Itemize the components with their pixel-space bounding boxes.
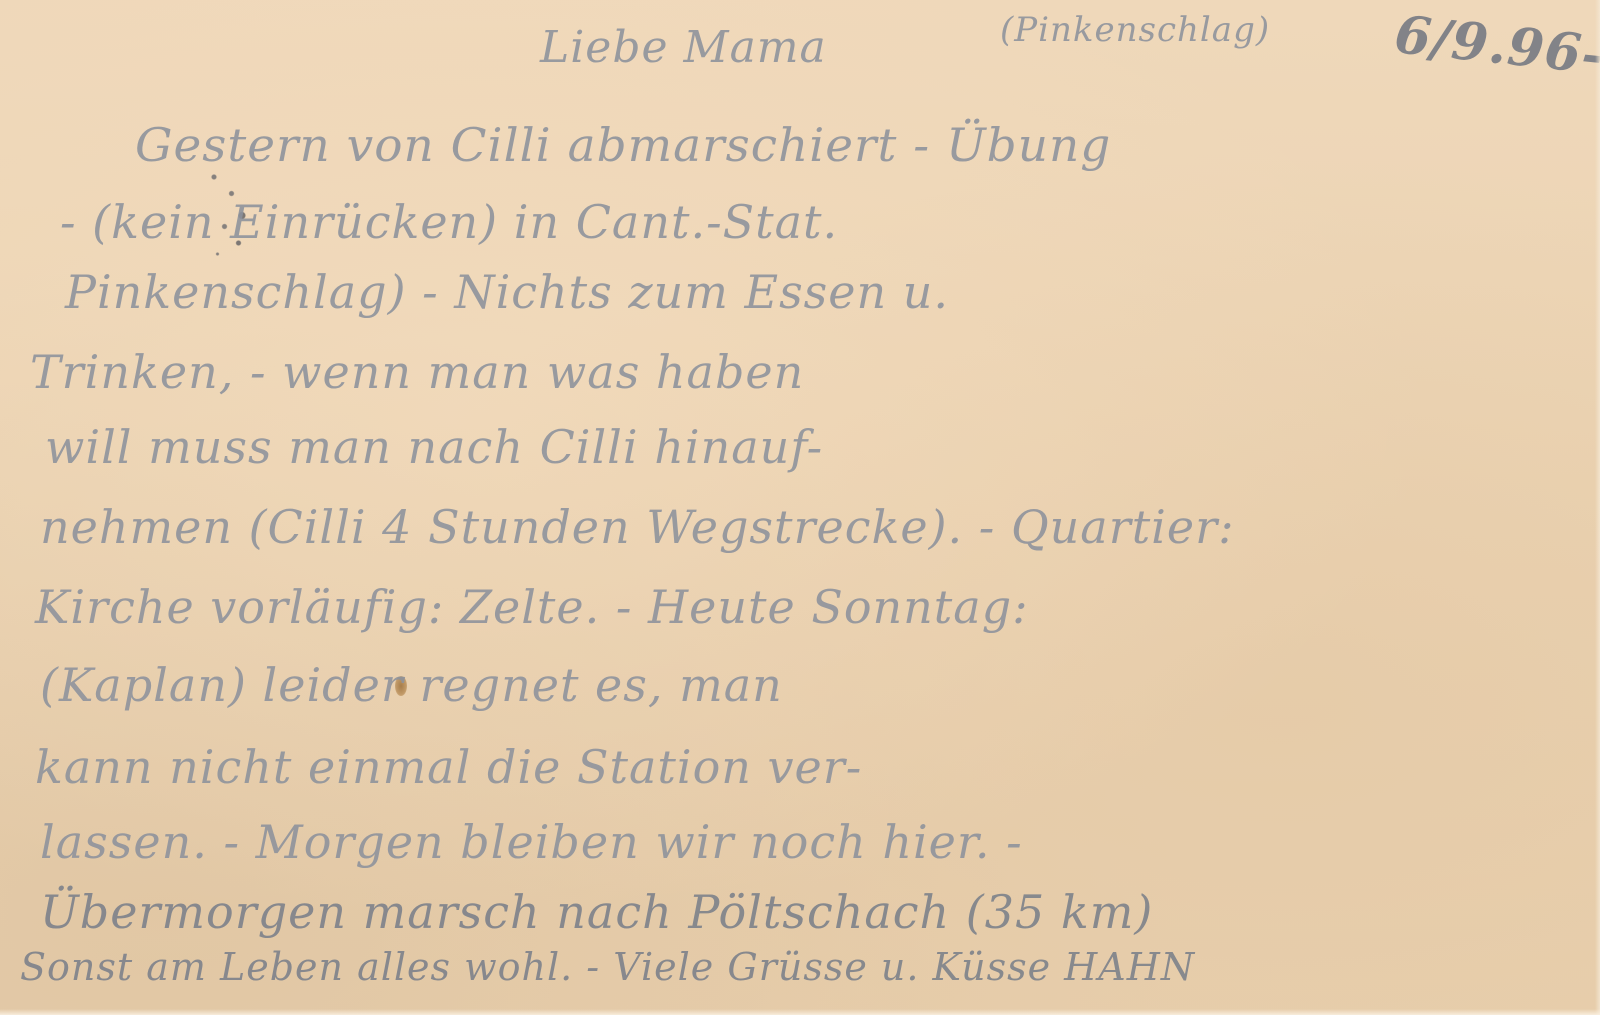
body-line: Pinkenschlag) - Nichts zum Essen u. bbox=[65, 265, 949, 319]
paper-edge-bottom bbox=[0, 1009, 1600, 1015]
salutation: Liebe Mama bbox=[540, 22, 827, 73]
body-line: kann nicht einmal die Station ver- bbox=[35, 740, 862, 794]
paper-edge-right bbox=[1595, 0, 1600, 1015]
body-line: lassen. - Morgen bleiben wir noch hier. … bbox=[40, 815, 1023, 869]
date: 6/9.96- bbox=[1392, 4, 1600, 87]
body-line: - (kein Einrücken) in Cant.-Stat. bbox=[60, 195, 838, 249]
body-line: will muss man nach Cilli hinauf- bbox=[45, 420, 823, 474]
closing-signature: Sonst am Leben alles wohl. - Viele Grüss… bbox=[20, 945, 1195, 989]
postcard: Liebe Mama (Pinkenschlag) 6/9.96- Gester… bbox=[0, 0, 1600, 1015]
body-line: (Kaplan) leider regnet es, man bbox=[40, 658, 783, 712]
body-line: nehmen (Cilli 4 Stunden Wegstrecke). - Q… bbox=[40, 500, 1235, 554]
body-line: Trinken, - wenn man was haben bbox=[30, 345, 804, 399]
place-name: (Pinkenschlag) bbox=[1000, 10, 1270, 50]
body-line: Gestern von Cilli abmarschiert - Übung bbox=[135, 118, 1111, 172]
body-line: Übermorgen marsch nach Pöltschach (35 km… bbox=[40, 885, 1153, 939]
body-line: Kirche vorläufig: Zelte. - Heute Sonntag… bbox=[35, 580, 1029, 634]
